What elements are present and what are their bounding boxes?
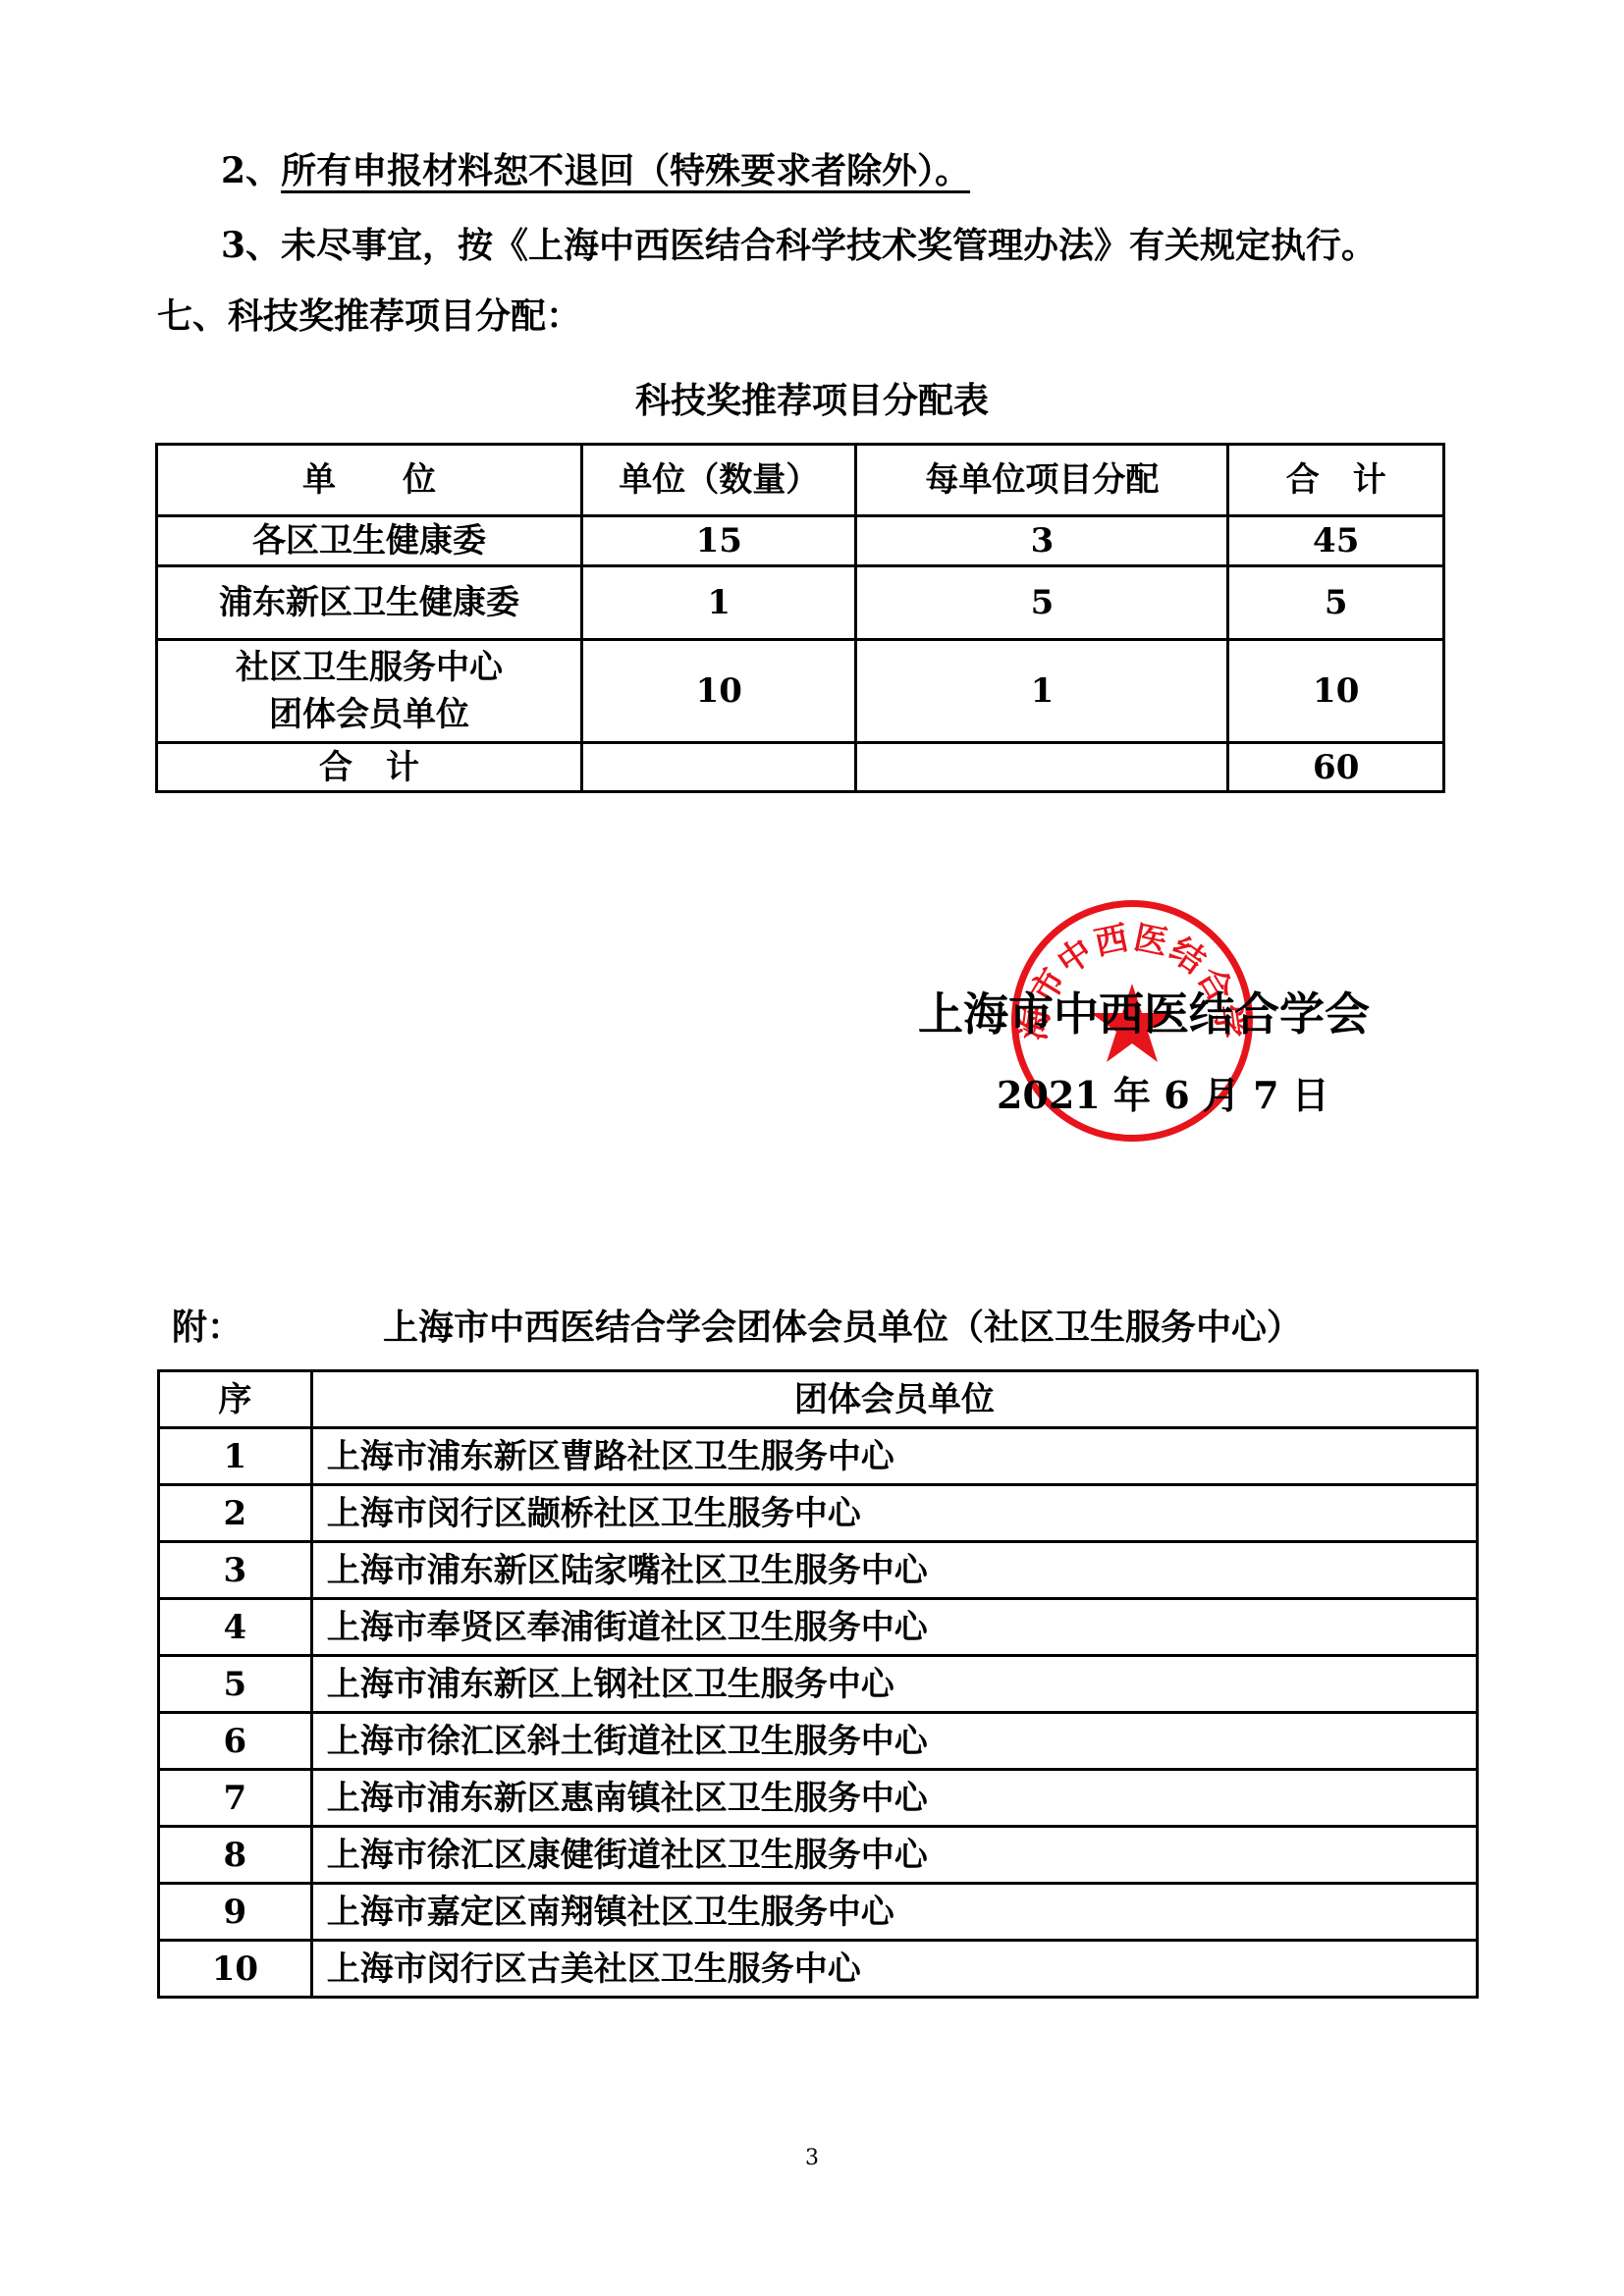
cell-name: 上海市奉贤区奉浦街道社区卫生服务中心: [311, 1599, 1477, 1656]
cell-no: 2: [159, 1485, 312, 1542]
cell-no: 9: [159, 1884, 312, 1941]
cell-name: 上海市浦东新区陆家嘴社区卫生服务中心: [311, 1542, 1477, 1599]
item-2: 2、所有申报材料恕不退回（特殊要求者除外）。: [221, 149, 970, 192]
cell-sum-label: 合 计: [157, 743, 582, 792]
cell-name: 上海市闵行区古美社区卫生服务中心: [311, 1941, 1477, 1998]
header-name: 团体会员单位: [311, 1371, 1477, 1428]
header-count: 单位（数量）: [582, 445, 856, 516]
cell-name: 上海市浦东新区上钢社区卫生服务中心: [311, 1656, 1477, 1713]
table-row: 3上海市浦东新区陆家嘴社区卫生服务中心: [159, 1542, 1478, 1599]
cell-per-unit: 3: [856, 516, 1228, 566]
table-row: 1上海市浦东新区曹路社区卫生服务中心: [159, 1428, 1478, 1485]
appendix-table-header: 序 团体会员单位: [159, 1371, 1478, 1428]
cell-unit: 浦东新区卫生健康委: [157, 566, 582, 640]
item-2-number: 2、: [221, 150, 281, 191]
cell-sum-count: [582, 743, 856, 792]
table-row: 4上海市奉贤区奉浦街道社区卫生服务中心: [159, 1599, 1478, 1656]
cell-unit-line-1: 社区卫生服务中心: [158, 644, 580, 691]
cell-no: 7: [159, 1770, 312, 1827]
cell-name: 上海市浦东新区曹路社区卫生服务中心: [311, 1428, 1477, 1485]
table-row: 9上海市嘉定区南翔镇社区卫生服务中心: [159, 1884, 1478, 1941]
cell-no: 8: [159, 1827, 312, 1884]
table-row: 8上海市徐汇区康健街道社区卫生服务中心: [159, 1827, 1478, 1884]
cell-count: 10: [582, 640, 856, 743]
signature-org: 上海市中西医结合学会: [918, 987, 1370, 1041]
cell-no: 3: [159, 1542, 312, 1599]
header-total: 合 计: [1228, 445, 1444, 516]
cell-no: 10: [159, 1941, 312, 1998]
cell-sum-total: 60: [1228, 743, 1444, 792]
table-row: 各区卫生健康委 15 3 45: [157, 516, 1444, 566]
section-7-heading: 七、科技奖推荐项目分配：: [157, 294, 581, 338]
cell-per-unit: 1: [856, 640, 1228, 743]
cell-no: 6: [159, 1713, 312, 1770]
cell-count: 15: [582, 516, 856, 566]
appendix-label: 附：: [172, 1306, 243, 1349]
table-row: 7上海市浦东新区惠南镇社区卫生服务中心: [159, 1770, 1478, 1827]
cell-total: 5: [1228, 566, 1444, 640]
table-row: 6上海市徐汇区斜土街道社区卫生服务中心: [159, 1713, 1478, 1770]
cell-total: 45: [1228, 516, 1444, 566]
cell-name: 上海市徐汇区斜土街道社区卫生服务中心: [311, 1713, 1477, 1770]
cell-no: 5: [159, 1656, 312, 1713]
cell-unit: 社区卫生服务中心 团体会员单位: [157, 640, 582, 743]
cell-no: 1: [159, 1428, 312, 1485]
appendix-table: 序 团体会员单位 1上海市浦东新区曹路社区卫生服务中心 2上海市闵行区颛桥社区卫…: [157, 1369, 1479, 1999]
allocation-table: 单 位 单位（数量） 每单位项目分配 合 计 各区卫生健康委 15 3 45 浦…: [155, 443, 1445, 793]
appendix-title: 上海市中西医结合学会团体会员单位（社区卫生服务中心）: [383, 1306, 1302, 1349]
page-number: 3: [0, 2146, 1624, 2170]
signature-date: 2021 年 6 月 7 日: [997, 1073, 1329, 1118]
sum-row: 合 计 60: [157, 743, 1444, 792]
cell-name: 上海市徐汇区康健街道社区卫生服务中心: [311, 1827, 1477, 1884]
table-row: 5上海市浦东新区上钢社区卫生服务中心: [159, 1656, 1478, 1713]
cell-total: 10: [1228, 640, 1444, 743]
table-row: 2上海市闵行区颛桥社区卫生服务中心: [159, 1485, 1478, 1542]
cell-count: 1: [582, 566, 856, 640]
header-per-unit: 每单位项目分配: [856, 445, 1228, 516]
header-no: 序: [159, 1371, 312, 1428]
allocation-table-title: 科技奖推荐项目分配表: [0, 379, 1624, 422]
table-row: 社区卫生服务中心 团体会员单位 10 1 10: [157, 640, 1444, 743]
cell-no: 4: [159, 1599, 312, 1656]
table-row: 10上海市闵行区古美社区卫生服务中心: [159, 1941, 1478, 1998]
allocation-table-header: 单 位 单位（数量） 每单位项目分配 合 计: [157, 445, 1444, 516]
cell-name: 上海市浦东新区惠南镇社区卫生服务中心: [311, 1770, 1477, 1827]
header-unit: 单 位: [157, 445, 582, 516]
cell-unit: 各区卫生健康委: [157, 516, 582, 566]
item-2-text: 所有申报材料恕不退回（特殊要求者除外）。: [281, 150, 970, 191]
cell-sum-per-unit: [856, 743, 1228, 792]
cell-per-unit: 5: [856, 566, 1228, 640]
cell-name: 上海市嘉定区南翔镇社区卫生服务中心: [311, 1884, 1477, 1941]
item-3: 3、未尽事宜，按《上海中西医结合科学技术奖管理办法》有关规定执行。: [221, 224, 1377, 267]
cell-name: 上海市闵行区颛桥社区卫生服务中心: [311, 1485, 1477, 1542]
table-row: 浦东新区卫生健康委 1 5 5: [157, 566, 1444, 640]
cell-unit-line-2: 团体会员单位: [158, 691, 580, 738]
